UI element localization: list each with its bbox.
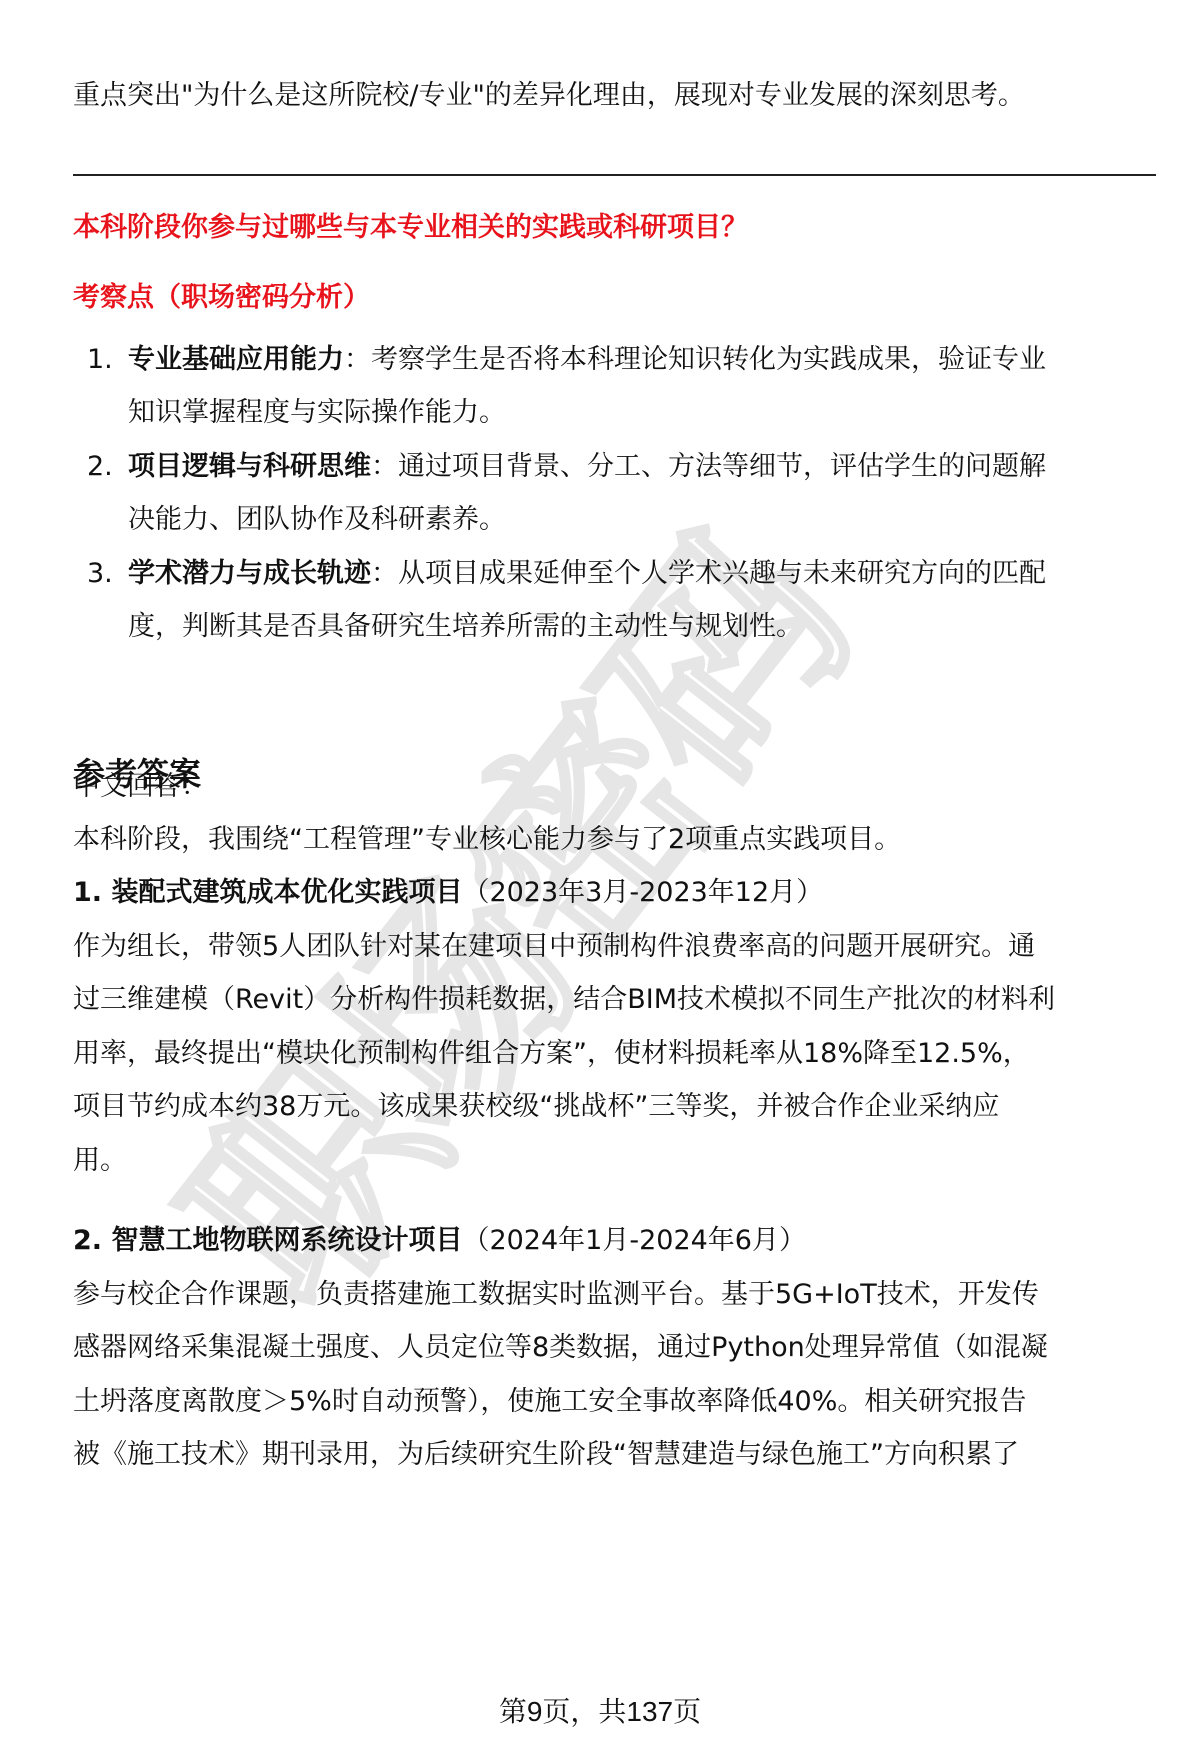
question-title: 本科阶段你参与过哪些与本专业相关的实践或科研项目？ xyxy=(73,208,748,248)
project-body-line: 参与校企合作课题，负责搭建施工数据实时监测平台。基于5G+IoT技术，开发传 xyxy=(73,1275,1039,1315)
point-text-cont: 决能力、团队协作及科研素养。 xyxy=(128,500,506,540)
project-title: 2. 智慧工地物联网系统设计项目 xyxy=(73,1225,462,1256)
point-label: 学术潜力与成长轨迹 xyxy=(128,558,371,589)
point-text: ：从项目成果延伸至个人学术兴趣与未来研究方向的匹配 xyxy=(371,558,1046,589)
answer-opening: 本科阶段，我围绕“工程管理”专业核心能力参与了2项重点实践项目。 xyxy=(73,820,901,860)
project-body-line: 用率，最终提出“模块化预制构件组合方案”，使材料损耗率从18%降至12.5%， xyxy=(73,1034,1030,1074)
project-heading: 1. 装配式建筑成本优化实践项目（2023年3月-2023年12月） xyxy=(73,873,823,913)
project-period: （2023年3月-2023年12月） xyxy=(462,877,823,908)
document-page: 职场密码 重点突出"为什么是这所院校/专业"的差异化理由，展现对专业发展的深刻思… xyxy=(0,0,1200,1755)
project-body-line: 作为组长，带领5人团队针对某在建项目中预制构件浪费率高的问题开展研究。通 xyxy=(73,927,1035,967)
point-text-cont: 知识掌握程度与实际操作能力。 xyxy=(128,393,506,433)
list-number: 1. xyxy=(87,340,113,380)
project-body-line: 土坍落度离散度＞5%时自动预警），使施工安全事故率降低40%。相关研究报告 xyxy=(73,1382,1026,1422)
point-text: ：考察学生是否将本科理论知识转化为实践成果，验证专业 xyxy=(344,344,1046,375)
project-body-line: 项目节约成本约38万元。该成果获校级“挑战杯”三等奖，并被合作企业采纳应 xyxy=(73,1087,999,1127)
project-body-line: 用。 xyxy=(73,1141,127,1181)
project-period: （2024年1月-2024年6月） xyxy=(462,1225,806,1256)
section-divider xyxy=(73,174,1156,176)
list-number: 2. xyxy=(87,447,113,487)
point-label: 项目逻辑与科研思维 xyxy=(128,451,371,482)
point-text: ：通过项目背景、分工、方法等细节，评估学生的问题解 xyxy=(371,451,1046,482)
point-label: 专业基础应用能力 xyxy=(128,344,344,375)
project-title: 1. 装配式建筑成本优化实践项目 xyxy=(73,877,462,908)
project-heading: 2. 智慧工地物联网系统设计项目（2024年1月-2024年6月） xyxy=(73,1221,806,1261)
list-number: 3. xyxy=(87,554,113,594)
project-body-line: 感器网络采集混凝土强度、人员定位等8类数据，通过Python处理异常值（如混凝 xyxy=(73,1328,1048,1368)
intro-tail-paragraph: 重点突出"为什么是这所院校/专业"的差异化理由，展现对专业发展的深刻思考。 xyxy=(73,76,1025,116)
project-body-line: 被《施工技术》期刊录用，为后续研究生阶段“智慧建造与绿色施工”方向积累了 xyxy=(73,1435,1019,1475)
question-subtitle: 考察点（职场密码分析） xyxy=(73,278,370,318)
project-body-line: 过三维建模（Revit）分析构件损耗数据，结合BIM技术模拟不同生产批次的材料利 xyxy=(73,980,1055,1020)
point-text-cont: 度，判断其是否具备研究生培养所需的主动性与规划性。 xyxy=(128,607,803,647)
page-indicator: 第9页，共137页 xyxy=(0,1690,1200,1730)
lang-label: 中文回答： xyxy=(73,767,208,807)
